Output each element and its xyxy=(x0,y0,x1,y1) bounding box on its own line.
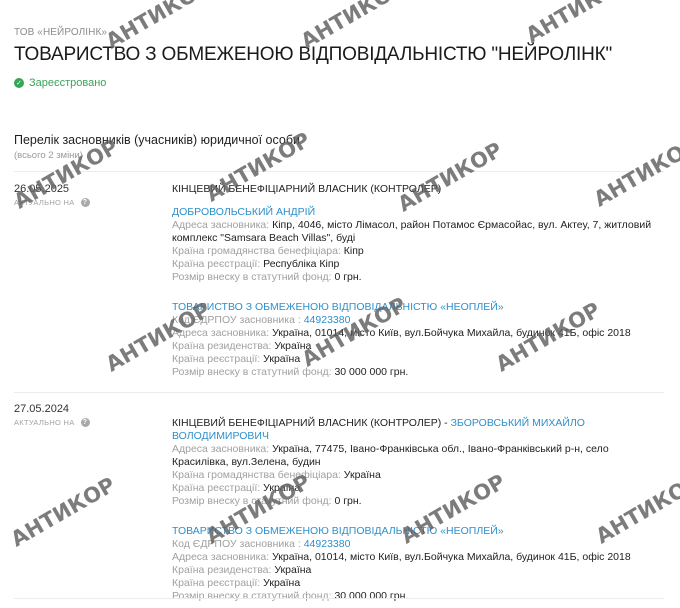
person-citizenship: Країна громадянства бенефіціара: Кіпр xyxy=(172,245,652,258)
person-registration: Країна реєстрації: Україна xyxy=(172,482,652,495)
breadcrumb[interactable]: ТОВ «НЕЙРОЛІНК» xyxy=(14,27,107,38)
company-registration: Країна реєстрації: Україна xyxy=(172,577,652,590)
divider xyxy=(14,598,664,599)
role-label: КІНЦЕВИЙ БЕНЕФІЦІАРНИЙ ВЛАСНИК (КОНТРОЛЕ… xyxy=(172,183,652,196)
edrpou-link[interactable]: 44923380 xyxy=(304,314,351,326)
help-icon[interactable]: ? xyxy=(81,198,90,207)
person-address: Адреса засновника: Україна, 77475, Івано… xyxy=(172,443,652,469)
company-edrpou: Код ЄДРПОУ засновника : 44923380 xyxy=(172,538,652,551)
company-address: Адреса засновника: Україна, 01014, місто… xyxy=(172,551,652,564)
company-residency: Країна резиденства: Україна xyxy=(172,340,652,353)
status-badge: ✓ Зареєстровано xyxy=(14,77,106,89)
person-registration: Країна реєстрації: Республіка Кіпр xyxy=(172,258,652,271)
company-edrpou: Код ЄДРПОУ засновника : 44923380 xyxy=(172,314,652,327)
company-name-link[interactable]: ТОВАРИСТВО З ОБМЕЖЕНОЮ ВІДПОВІДАЛЬНІСТЮ … xyxy=(172,301,652,314)
watermark: АНТИКОР xyxy=(522,0,635,47)
company-address: Адреса засновника: Україна, 01014, місто… xyxy=(172,327,652,340)
person-contribution: Розмір внеску в статутний фонд: 0 грн. xyxy=(172,495,652,508)
watermark: АНТИКОР xyxy=(7,473,120,552)
person-contribution: Розмір внеску в статутний фонд: 0 грн. xyxy=(172,271,652,284)
person-address: Адреса засновника: Кіпр, 4046, місто Лім… xyxy=(172,219,652,245)
actual-on-label: АКТУАЛЬНО НА ? xyxy=(14,418,90,427)
section-count: (всього 2 зміни) xyxy=(14,150,83,161)
record-date: 26.05.2025 xyxy=(14,183,69,195)
page-title: ТОВАРИСТВО З ОБМЕЖЕНОЮ ВІДПОВІДАЛЬНІСТЮ … xyxy=(14,44,612,66)
company-contribution: Розмір внеску в статутний фонд: 30 000 0… xyxy=(172,590,652,603)
edrpou-link[interactable]: 44923380 xyxy=(304,538,351,550)
company-residency: Країна резиденства: Україна xyxy=(172,564,652,577)
role-label: КІНЦЕВИЙ БЕНЕФІЦІАРНИЙ ВЛАСНИК (КОНТРОЛЕ… xyxy=(172,417,652,443)
check-circle-icon: ✓ xyxy=(14,78,24,88)
record-date: 27.05.2024 xyxy=(14,403,69,415)
actual-on-label: АКТУАЛЬНО НА ? xyxy=(14,198,90,207)
divider xyxy=(14,171,664,172)
section-title: Перелік засновників (учасників) юридично… xyxy=(14,133,300,147)
beneficiary-name-link[interactable]: ДОБРОВОЛЬСЬКИЙ АНДРІЙ xyxy=(172,206,652,219)
record-entry: КІНЦЕВИЙ БЕНЕФІЦІАРНИЙ ВЛАСНИК (КОНТРОЛЕ… xyxy=(172,417,652,603)
divider xyxy=(14,392,664,393)
help-icon[interactable]: ? xyxy=(81,418,90,427)
company-registration: Країна реєстрації: Україна xyxy=(172,353,652,366)
company-name-link[interactable]: ТОВАРИСТВО З ОБМЕЖЕНОЮ ВІДПОВІДАЛЬНІСТЮ … xyxy=(172,525,652,538)
person-citizenship: Країна громадянства бенефіціара: Україна xyxy=(172,469,652,482)
record-entry: КІНЦЕВИЙ БЕНЕФІЦІАРНИЙ ВЛАСНИК (КОНТРОЛЕ… xyxy=(172,183,652,379)
company-contribution: Розмір внеску в статутний фонд: 30 000 0… xyxy=(172,366,652,379)
status-text: Зареєстровано xyxy=(29,77,106,89)
